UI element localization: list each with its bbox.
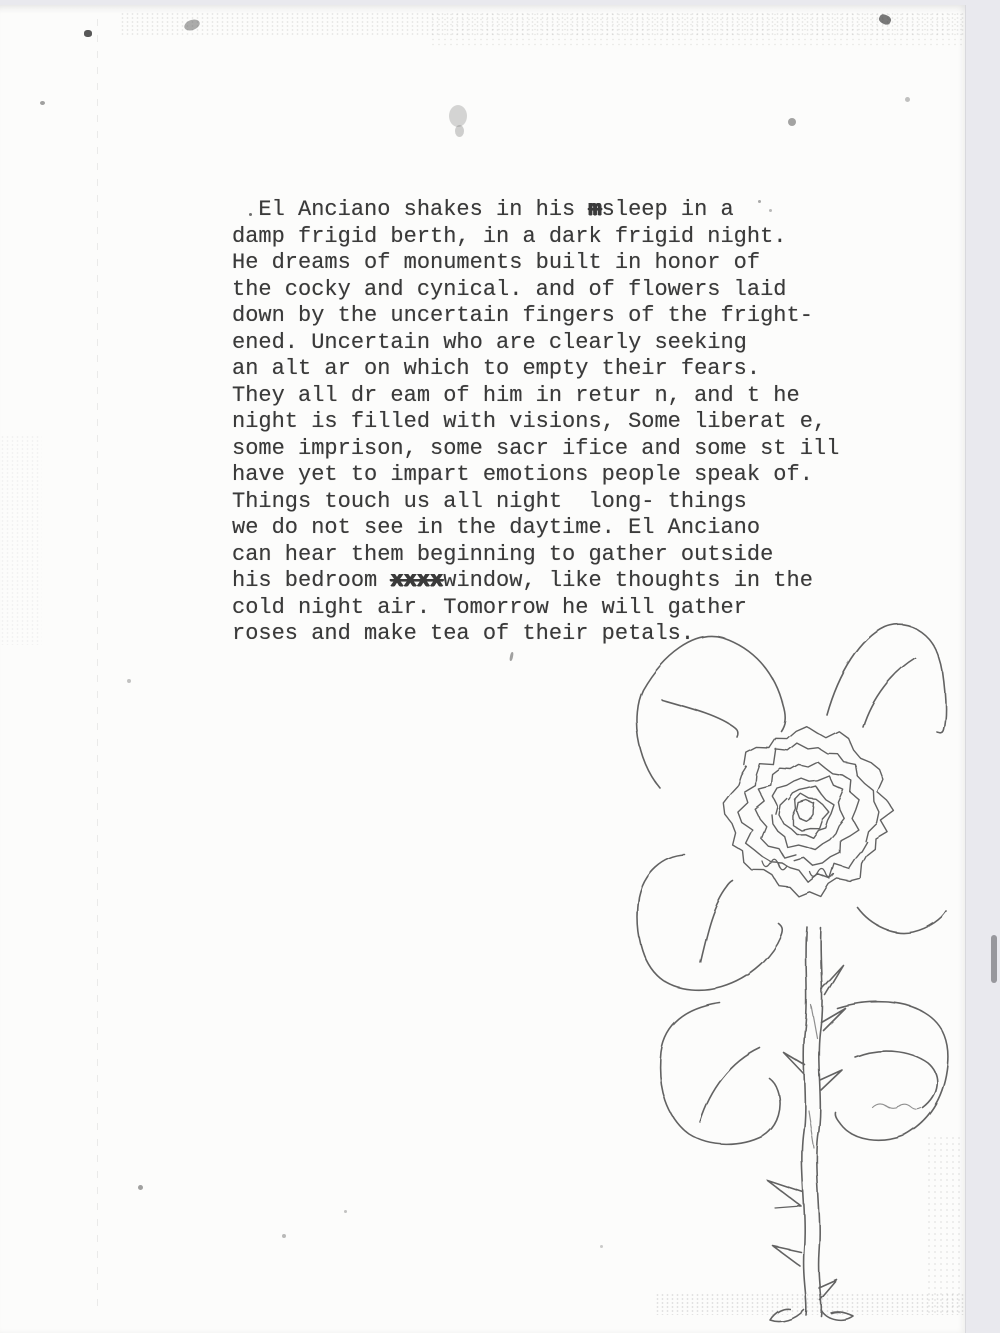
- scanned-page: El Anciano shakes in his msleep in adamp…: [0, 5, 966, 1333]
- text-segment: the cocky and cynical. and of flowers la…: [232, 277, 787, 302]
- scan-noise-left-edge: [0, 435, 42, 645]
- scan-noise-top: [120, 12, 965, 36]
- paper-fold-line: [97, 19, 98, 1311]
- text-segment: Things touch us all night long- things: [232, 489, 747, 514]
- text-line: He dreams of monuments built in honor of: [232, 250, 839, 277]
- scrollbar-track[interactable]: [965, 5, 1000, 1333]
- text-segment: They all dr eam of him in retur n, and t…: [232, 383, 800, 408]
- petal-bottom-left: [660, 1003, 780, 1144]
- scan-speck: [905, 97, 910, 102]
- scan-speck: [282, 1234, 286, 1238]
- scan-speck: [127, 679, 131, 683]
- scan-speck: [344, 1210, 347, 1213]
- text-line: ened. Uncertain who are clearly seeking: [232, 330, 839, 357]
- text-segment: have yet to impart emotions people speak…: [232, 462, 813, 487]
- scan-speck: [40, 101, 45, 105]
- text-segment: He dreams of monuments built in honor of: [232, 250, 760, 275]
- scrollbar-thumb[interactable]: [991, 935, 997, 983]
- scan-speck: [455, 125, 464, 137]
- overstruck-text: xxxx: [390, 568, 443, 593]
- scan-noise-top-right: [430, 12, 965, 46]
- text-line: Things touch us all night long- things: [232, 489, 839, 516]
- scan-speck: [788, 118, 796, 126]
- text-line: El Anciano shakes in his msleep in a: [232, 197, 839, 224]
- petal-upper-left: [637, 637, 785, 788]
- petal-bottom-right: [835, 1002, 949, 1141]
- scan-speck: [183, 18, 201, 33]
- scan-speck: [84, 30, 92, 37]
- scan-speck: [138, 1185, 143, 1190]
- text-segment: night is filled with visions, Some liber…: [232, 409, 826, 434]
- flower-sketch-drawing: [615, 610, 985, 1333]
- overstruck-text: m: [588, 197, 601, 222]
- typewritten-text: El Anciano shakes in his msleep in adamp…: [232, 197, 839, 648]
- text-line: some imprison, some sacr ifice and some …: [232, 436, 839, 463]
- text-line: we do not see in the daytime. El Anciano: [232, 515, 839, 542]
- text-segment: window, like thoughts in the: [443, 568, 813, 593]
- petal-upper-right: [827, 624, 946, 933]
- scan-speck: [600, 1245, 603, 1248]
- scan-speck: [878, 13, 893, 26]
- text-segment: down by the uncertain fingers of the fri…: [232, 303, 813, 328]
- text-segment: damp frigid berth, in a dark frigid nigh…: [232, 224, 787, 249]
- scan-speck: [449, 105, 467, 127]
- app-window: { "app": { "background_color": "#e9e9ee"…: [0, 0, 1000, 1333]
- text-line: the cocky and cynical. and of flowers la…: [232, 277, 839, 304]
- scan-speck: [509, 652, 514, 661]
- text-line: night is filled with visions, Some liber…: [232, 409, 839, 436]
- text-line: can hear them beginning to gather outsid…: [232, 542, 839, 569]
- text-segment: sleep in a: [602, 197, 734, 222]
- text-line: have yet to impart emotions people speak…: [232, 462, 839, 489]
- text-line: an alt ar on which to empty their fears.: [232, 356, 839, 383]
- text-line: his bedroom xxxxwindow, like thoughts in…: [232, 568, 839, 595]
- text-segment: his bedroom: [232, 568, 390, 593]
- text-line: down by the uncertain fingers of the fri…: [232, 303, 839, 330]
- text-segment: an alt ar on which to empty their fears.: [232, 356, 760, 381]
- text-segment: some imprison, some sacr ifice and some …: [232, 436, 839, 461]
- text-line: damp frigid berth, in a dark frigid nigh…: [232, 224, 839, 251]
- flower-center-scribble: [723, 726, 894, 896]
- text-segment: we do not see in the daytime. El Anciano: [232, 515, 760, 540]
- text-line: They all dr eam of him in retur n, and t…: [232, 383, 839, 410]
- text-segment: ened. Uncertain who are clearly seeking: [232, 330, 747, 355]
- petal-middle-left: [638, 855, 783, 990]
- text-segment: can hear them beginning to gather outsid…: [232, 542, 773, 567]
- text-segment: El Anciano shakes in his: [232, 197, 588, 222]
